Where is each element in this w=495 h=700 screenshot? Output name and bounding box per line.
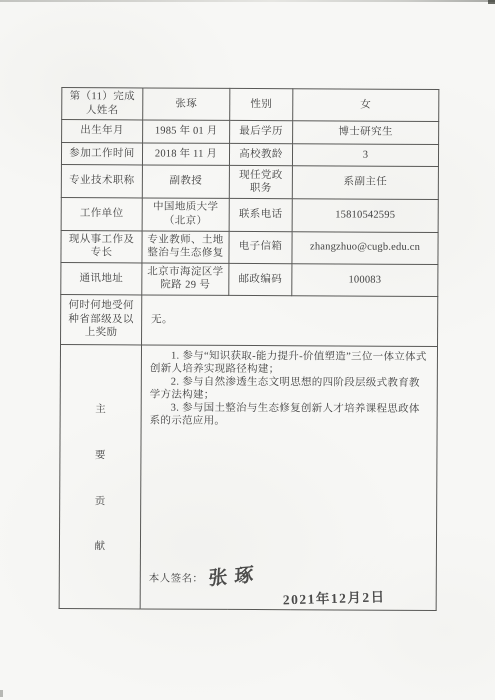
row-workstart-teachage: 参加工作时间 2018 年 11 月 高校教龄 3 xyxy=(61,143,438,167)
contribution-cell: 1. 参与“知识获取-能力提升-价值塑造”三位一体立体式创新人培养实现路径构建；… xyxy=(149,350,429,607)
scanned-page: 第（11）完成人姓名 张琢 性别 女 出生年月 1985 年 01 月 最后学历… xyxy=(0,0,495,700)
vertical-label-char: 主 xyxy=(95,403,106,417)
row-awards: 何时何地受何种省部级及以上奖励 无。 xyxy=(61,295,438,347)
field-label-phone: 联系电话 xyxy=(229,199,292,232)
personnel-form-table: 第（11）完成人姓名 张琢 性别 女 出生年月 1985 年 01 月 最后学历… xyxy=(59,87,439,609)
field-label-completer-name: 第（11）完成人姓名 xyxy=(62,88,143,121)
row-title-position: 专业技术职称 副教授 现任党政职务 系副主任 xyxy=(61,165,438,200)
field-value-employer: 中国地质大学（北京） xyxy=(142,198,229,231)
field-label-postal-code: 邮政编码 xyxy=(229,263,292,296)
field-value-postal-code: 100083 xyxy=(292,264,438,297)
field-label-main-contribution: 主 要 贡 献 xyxy=(59,345,141,609)
vertical-label-char: 献 xyxy=(94,541,105,555)
field-label-technical-title: 专业技术职称 xyxy=(61,165,142,198)
row-specialty-email: 现从事工作及专长 专业教师、土地整治与生态修复 电子信箱 zhangzhuo@c… xyxy=(61,230,438,264)
contribution-item-1: 1. 参与“知识获取-能力提升-价值塑造”三位一体立体式创新人培养实现路径构建； xyxy=(150,350,429,377)
field-label-email: 电子信箱 xyxy=(229,231,292,264)
field-value-email: zhangzhuo@cugb.edu.cn xyxy=(292,231,438,264)
field-value-mailing-address: 北京市海淀区学院路 29 号 xyxy=(142,263,229,296)
field-label-awards: 何时何地受何种省部级及以上奖励 xyxy=(61,295,142,345)
scan-artifact-corner-mark xyxy=(488,0,495,4)
handwritten-signature: 张琢 xyxy=(207,563,260,592)
field-label-birth-date: 出生年月 xyxy=(62,120,143,143)
field-value-main-contribution: 1. 参与“知识获取-能力提升-价值塑造”三位一体立体式创新人培养实现路径构建；… xyxy=(140,345,437,611)
field-value-birth-date: 1985 年 01 月 xyxy=(143,120,230,143)
vertical-label-char: 要 xyxy=(95,449,106,463)
field-value-party-position: 系副主任 xyxy=(292,166,438,200)
field-value-current-work: 专业教师、土地整治与生态修复 xyxy=(142,231,229,264)
field-value-technical-title: 副教授 xyxy=(142,165,229,198)
vertical-label-chars: 主 要 贡 献 xyxy=(60,345,141,608)
field-label-mailing-address: 通讯地址 xyxy=(61,262,142,295)
contribution-list: 1. 参与“知识获取-能力提升-价值塑造”三位一体立体式创新人培养实现路径构建；… xyxy=(150,350,429,429)
form-table: 第（11）完成人姓名 张琢 性别 女 出生年月 1985 年 01 月 最后学历… xyxy=(59,87,440,611)
field-label-last-degree: 最后学历 xyxy=(230,121,293,144)
row-address-postcode: 通讯地址 北京市海淀区学院路 29 号 邮政编码 100083 xyxy=(61,262,438,296)
field-value-awards: 无。 xyxy=(142,295,438,347)
field-value-gender: 女 xyxy=(293,89,439,122)
field-value-phone: 15810542595 xyxy=(292,199,438,232)
field-value-completer-name: 张琢 xyxy=(143,88,230,121)
field-value-last-degree: 博士研究生 xyxy=(293,121,439,145)
vertical-label-char: 贡 xyxy=(95,495,106,509)
scan-artifact-edge-mark xyxy=(0,690,3,697)
contribution-item-3: 3. 参与国土整治与生态修复创新人才培养课程思政体系的示范应用。 xyxy=(150,402,429,429)
field-label-party-position: 现任党政职务 xyxy=(229,166,292,199)
field-label-work-start: 参加工作时间 xyxy=(61,143,142,165)
field-value-work-start: 2018 年 11 月 xyxy=(142,143,229,165)
field-label-employer: 工作单位 xyxy=(61,198,142,231)
field-value-teaching-age: 3 xyxy=(292,144,438,167)
scan-artifact-top-edge xyxy=(0,0,495,2)
row-main-contribution: 主 要 贡 献 1. 参与“知识获取-能力提升-价值塑造”三位一体立体式创新人培… xyxy=(59,345,437,611)
contribution-item-2: 2. 参与自然渗透生态文明思想的四阶段层级式教育教学方法构建； xyxy=(150,376,429,403)
field-label-teaching-age: 高校教龄 xyxy=(229,144,292,166)
row-name-gender: 第（11）完成人姓名 张琢 性别 女 xyxy=(62,88,439,122)
row-birth-education: 出生年月 1985 年 01 月 最后学历 博士研究生 xyxy=(62,120,439,145)
signature-area: 本人签名： 张琢 2021年12月2日 xyxy=(149,567,428,607)
row-employer-phone: 工作单位 中国地质大学（北京） 联系电话 15810542595 xyxy=(61,198,438,232)
field-label-current-work: 现从事工作及专长 xyxy=(61,230,142,263)
signature-label: 本人签名： xyxy=(149,573,204,587)
field-label-gender: 性别 xyxy=(230,88,293,121)
